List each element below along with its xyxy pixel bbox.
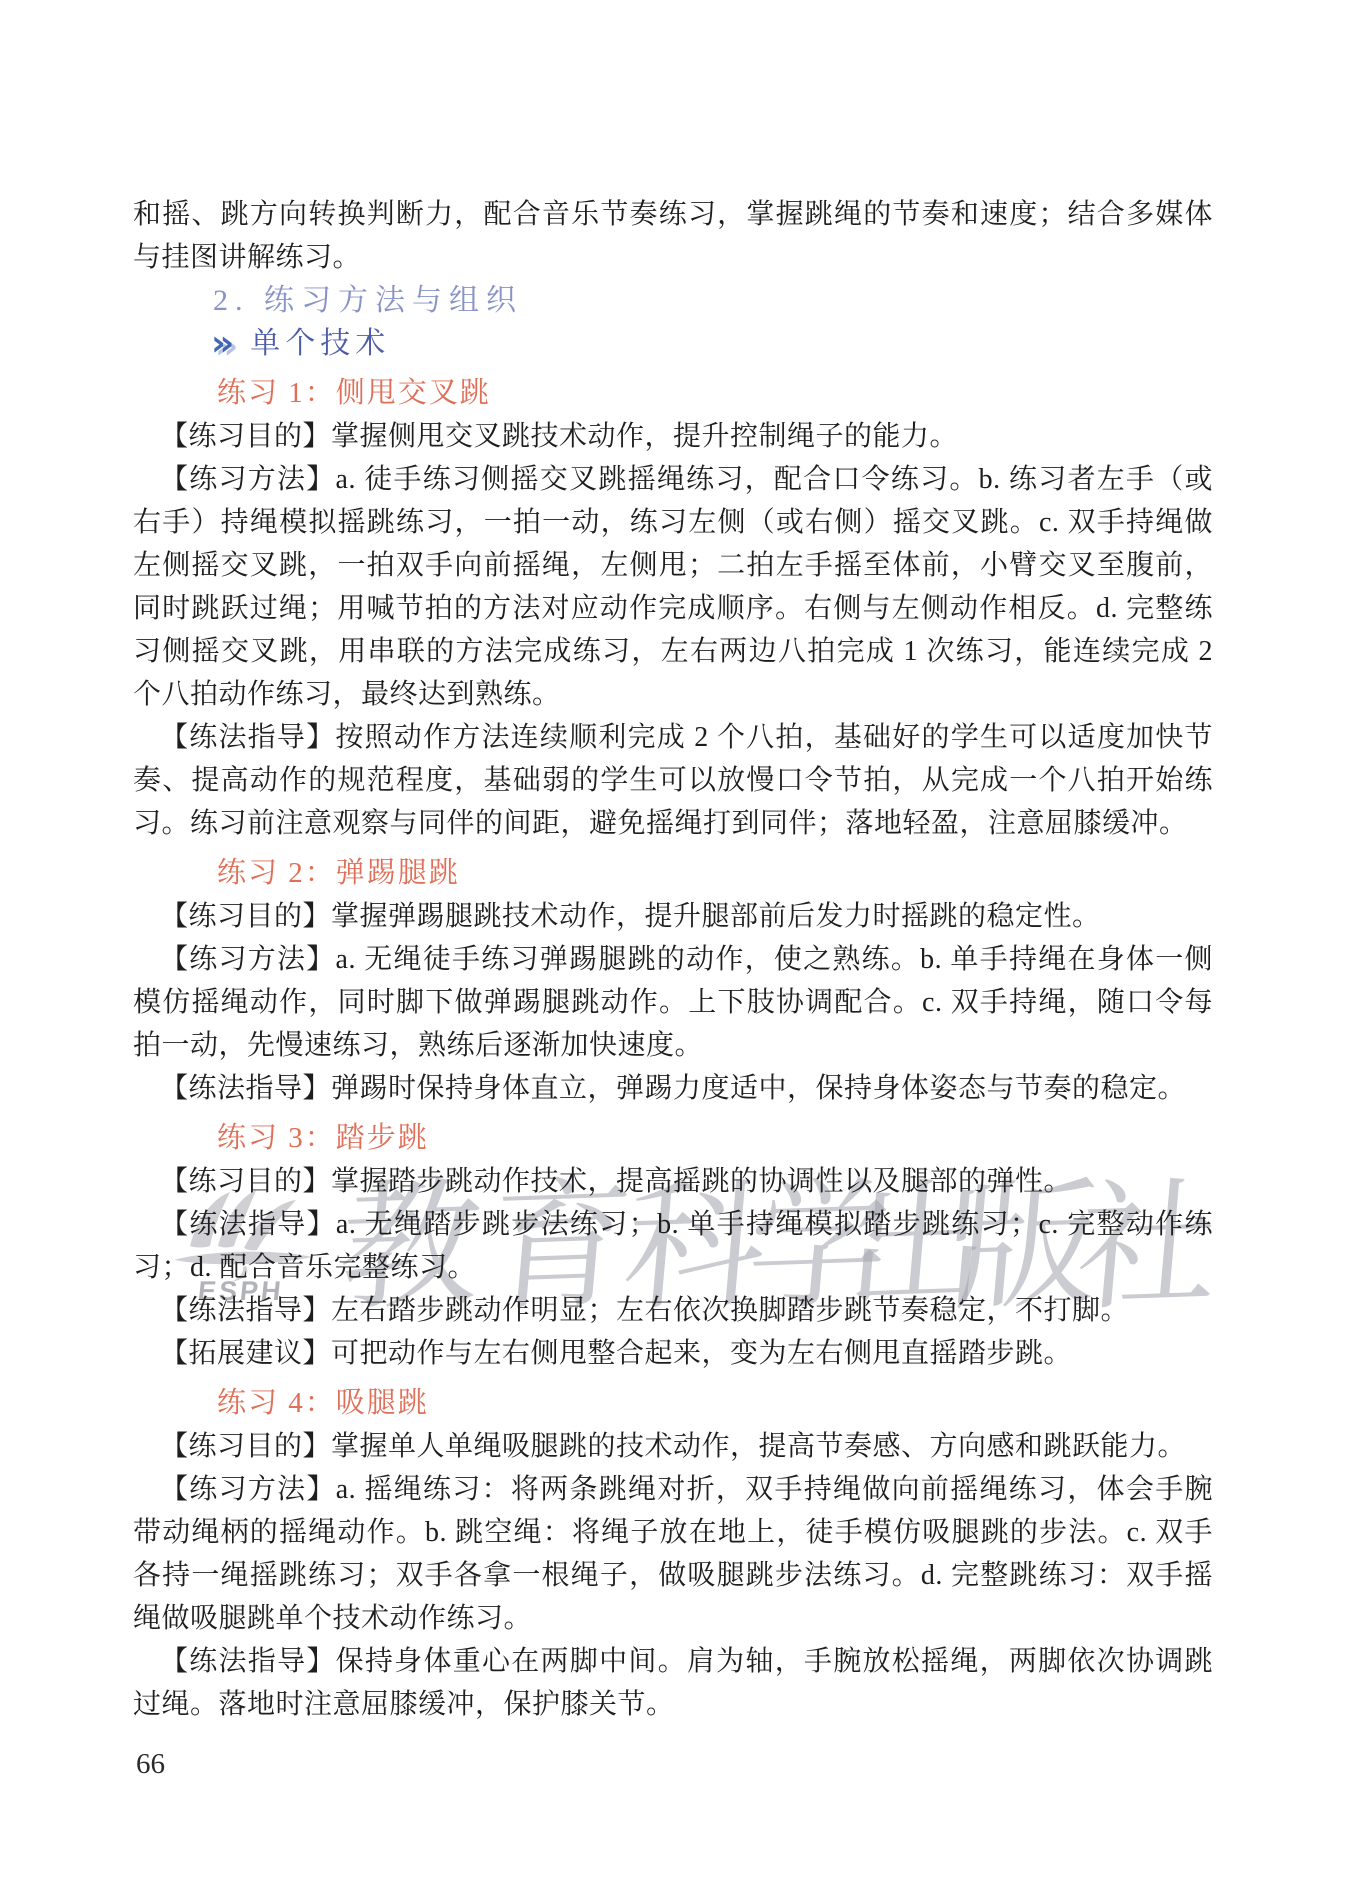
body-paragraph: 和摇、跳方向转换判断力，配合音乐节奏练习，掌握跳绳的节奏和速度；结合多媒体与挂图… <box>133 193 1213 279</box>
exercise-3-method: 【练法指导】a. 无绳踏步跳步法练习；b. 单手持绳模拟踏步跳练习；c. 完整动… <box>133 1203 1213 1289</box>
exercise-4-purpose: 【练习目的】掌握单人单绳吸腿跳的技术动作，提高节奏感、方向感和跳跃能力。 <box>133 1425 1213 1468</box>
exercise-4-guidance: 【练法指导】保持身体重心在两脚中间。肩为轴，手腕放松摇绳，两脚依次协调跳过绳。落… <box>133 1640 1213 1726</box>
exercise-2-method: 【练习方法】a. 无绳徒手练习弹踢腿跳的动作，使之熟练。b. 单手持绳在身体一侧… <box>133 938 1213 1067</box>
exercise-1-method: 【练习方法】a. 徒手练习侧摇交叉跳摇绳练习，配合口令练习。b. 练习者左手（或… <box>133 458 1213 716</box>
section-heading: 2. 练习方法与组织 <box>133 279 1213 322</box>
header-series-title: 义务教育教科书 <box>168 105 357 144</box>
header-subject-title: 体育与健康 <box>390 105 525 144</box>
exercise-4-heading: 练习 4：吸腿跳 <box>133 1382 1213 1425</box>
exercise-3-purpose: 【练习目的】掌握踏步跳动作技术，提高摇跳的协调性以及腿部的弹性。 <box>133 1160 1213 1203</box>
header-book-type: 教师用书 <box>558 105 666 144</box>
exercise-1-guidance: 【练法指导】按照动作方法连续顺利完成 2 个八拍，基础好的学生可以适度加快节奏、… <box>133 716 1213 845</box>
subsection-heading: »单个技术 <box>133 322 1213 365</box>
double-chevron-icon: » <box>211 322 234 365</box>
exercise-3-guidance: 【练法指导】左右踏步跳动作明显；左右依次换脚踏步跳节奏稳定，不打脚。 <box>133 1289 1213 1332</box>
book-page: 义务教育教科书 体育与健康 教师用书 新兴体育类运动（全一册） ESPH 教 育… <box>0 0 1346 1885</box>
exercise-3-heading: 练习 3：踏步跳 <box>133 1117 1213 1160</box>
header-volume-title: 新兴体育类运动（全一册） <box>699 105 1023 144</box>
exercise-2-heading: 练习 2：弹踢腿跳 <box>133 852 1213 895</box>
exercise-2-purpose: 【练习目的】掌握弹踢腿跳技术动作，提升腿部前后发力时摇跳的稳定性。 <box>133 895 1213 938</box>
exercise-1-heading: 练习 1：侧甩交叉跳 <box>133 372 1213 415</box>
header-bar: 义务教育教科书 体育与健康 教师用书 新兴体育类运动（全一册） <box>0 99 1278 150</box>
exercise-3-extension: 【拓展建议】可把动作与左右侧甩整合起来，变为左右侧甩直摇踏步跳。 <box>133 1332 1213 1375</box>
page-number: 66 <box>136 1748 165 1781</box>
subsection-heading-label: 单个技术 <box>250 327 390 360</box>
exercise-1-purpose: 【练习目的】掌握侧甩交叉跳技术动作，提升控制绳子的能力。 <box>133 415 1213 458</box>
exercise-2-guidance: 【练法指导】弹踢时保持身体直立，弹踢力度适中，保持身体姿态与节奏的稳定。 <box>133 1067 1213 1110</box>
page-body: 和摇、跳方向转换判断力，配合音乐节奏练习，掌握跳绳的节奏和速度；结合多媒体与挂图… <box>133 193 1213 1726</box>
exercise-4-method: 【练习方法】a. 摇绳练习：将两条跳绳对折，双手持绳做向前摇绳练习，体会手腕带动… <box>133 1468 1213 1640</box>
